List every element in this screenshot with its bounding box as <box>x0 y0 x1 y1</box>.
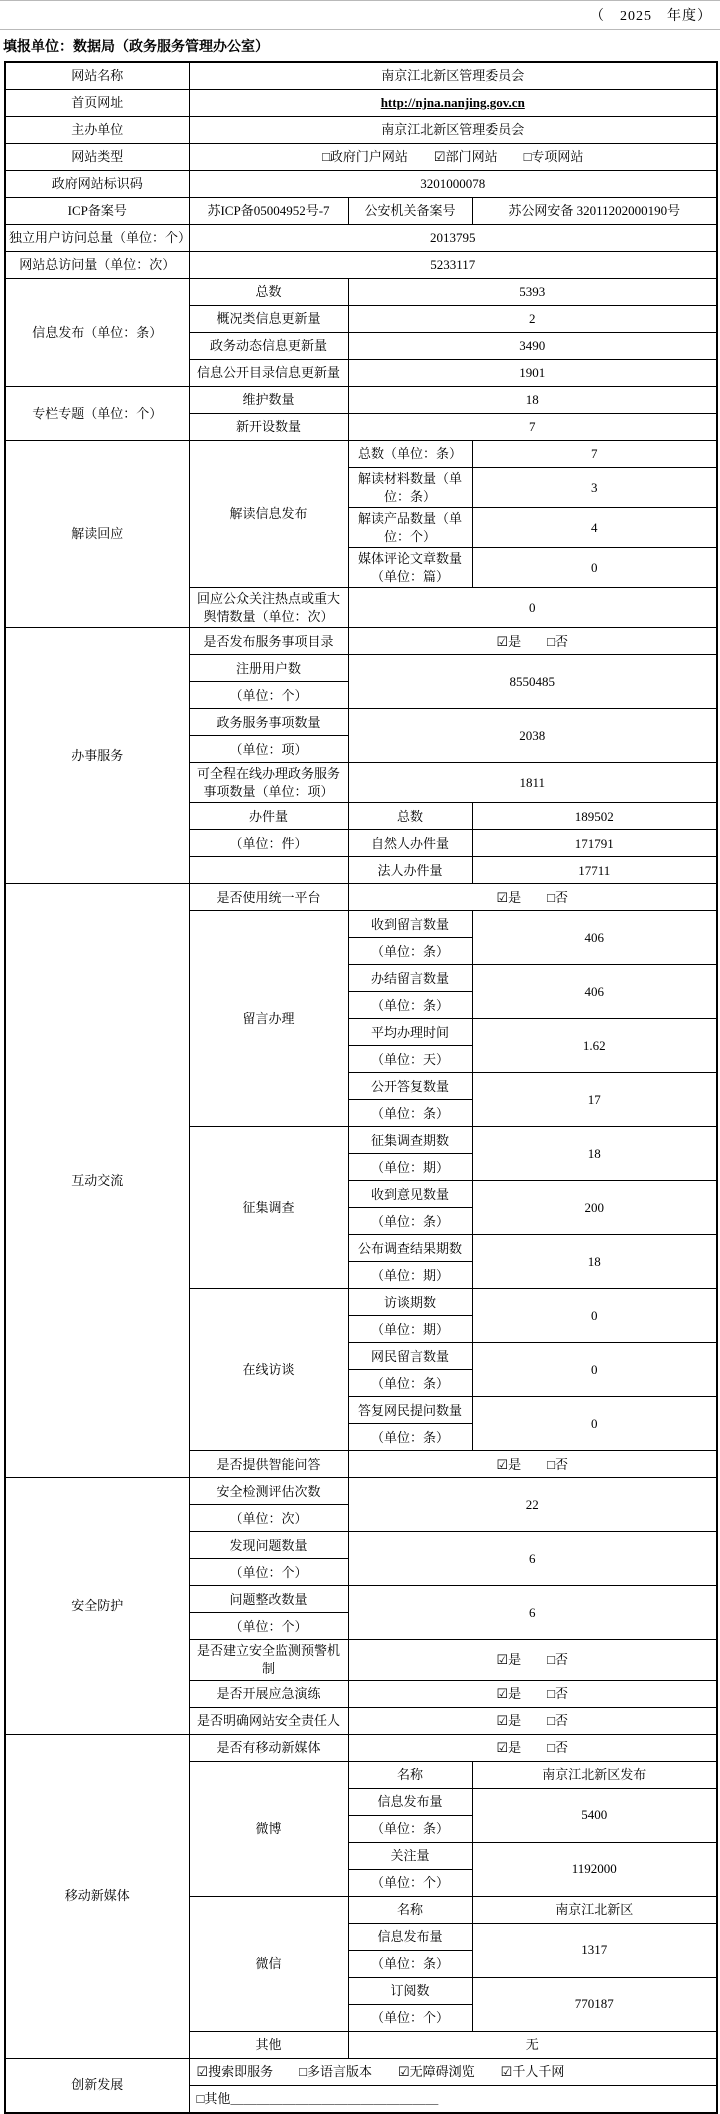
table-row: 移动新媒体是否有移动新媒体☑是 □否 <box>5 1734 717 1761</box>
field-value-cell: 0 <box>472 1343 717 1397</box>
field-label-cell: 网民留言数量 <box>348 1343 472 1370</box>
field-value-cell: 17711 <box>472 857 717 884</box>
field-label-cell: 办结留言数量 <box>348 965 472 992</box>
field-value-cell: 7 <box>472 441 717 468</box>
checkbox-options[interactable]: □其他＿＿＿＿＿＿＿＿＿＿＿＿＿＿＿＿ <box>189 2085 717 2113</box>
field-value-cell: 无 <box>348 2031 717 2058</box>
field-label-cell: 总数 <box>189 279 348 306</box>
table-row: 主办单位南京江北新区管理委员会 <box>5 117 717 144</box>
field-label-cell: 公安机关备案号 <box>348 198 472 225</box>
field-value-cell: 200 <box>472 1181 717 1235</box>
field-label-cell: （单位：个） <box>348 1869 472 1896</box>
field-value-cell: 南京江北新区管理委员会 <box>189 62 717 90</box>
table-row: 专栏专题（单位：个）维护数量18 <box>5 387 717 414</box>
field-label-cell: （单位：条） <box>348 992 472 1019</box>
table-row: 网站类型□政府门户网站 ☑部门网站 □专项网站 <box>5 144 717 171</box>
field-label-cell: 首页网址 <box>5 90 189 117</box>
annual-report-page: （ 2025 年度） 填报单位：数据局（政务服务管理办公室） 网站名称南京江北新… <box>0 0 720 2114</box>
field-label-cell: 自然人办件量 <box>348 830 472 857</box>
field-label-cell: 网站总访问量（单位：次） <box>5 252 189 279</box>
field-value-cell: 17 <box>472 1073 717 1127</box>
table-row: 互动交流是否使用统一平台☑是 □否 <box>5 884 717 911</box>
field-label-cell: （单位：个） <box>189 682 348 709</box>
table-row: 创新发展☑搜索即服务 □多语言版本 ☑无障碍浏览 ☑千人千网 <box>5 2058 717 2085</box>
field-label-cell: 主办单位 <box>5 117 189 144</box>
field-value-cell: 3201000078 <box>189 171 717 198</box>
checkbox-options[interactable]: ☑搜索即服务 □多语言版本 ☑无障碍浏览 ☑千人千网 <box>189 2058 717 2085</box>
field-label-cell: 是否有移动新媒体 <box>189 1734 348 1761</box>
table-row: ICP备案号苏ICP备05004952号-7公安机关备案号苏公网安备 32011… <box>5 198 717 225</box>
field-value-cell: 3490 <box>348 333 717 360</box>
field-label-cell: 收到意见数量 <box>348 1181 472 1208</box>
field-value-cell: 406 <box>472 911 717 965</box>
field-label-cell: 网站类型 <box>5 144 189 171</box>
field-value-cell: 2038 <box>348 709 717 763</box>
field-value-cell: 5400 <box>472 1788 717 1842</box>
section-header-cell: 征集调查 <box>189 1127 348 1289</box>
field-label-cell: 是否提供智能问答 <box>189 1451 348 1478</box>
field-label-cell: 信息公开目录信息更新量 <box>189 360 348 387</box>
checkbox-options[interactable]: ☑是 □否 <box>348 1680 717 1707</box>
field-label-cell: 媒体评论文章数量（单位：篇） <box>348 548 472 588</box>
field-label-cell: 政务动态信息更新量 <box>189 333 348 360</box>
field-value-cell: 770187 <box>472 1977 717 2031</box>
field-label-cell: （单位：条） <box>348 1950 472 1977</box>
field-label-cell: 政府网站标识码 <box>5 171 189 198</box>
field-label-cell: （单位：个） <box>189 1613 348 1640</box>
section-header-cell: 信息发布（单位：条） <box>5 279 189 387</box>
field-label-cell: 回应公众关注热点或重大舆情数量（单位：次） <box>189 588 348 628</box>
field-label-cell: 是否使用统一平台 <box>189 884 348 911</box>
checkbox-options[interactable]: ☑是 □否 <box>348 1640 717 1680</box>
field-label-cell: （单位：条） <box>348 1208 472 1235</box>
field-value-cell: 5393 <box>348 279 717 306</box>
field-value-cell: 406 <box>472 965 717 1019</box>
section-header-cell: 留言办理 <box>189 911 348 1127</box>
checkbox-options[interactable]: ☑是 □否 <box>348 628 717 655</box>
field-label-cell: 办件量 <box>189 803 348 830</box>
checkbox-options[interactable]: ☑是 □否 <box>348 1451 717 1478</box>
field-label-cell: 关注量 <box>348 1842 472 1869</box>
field-value-cell: 6 <box>348 1532 717 1586</box>
checkbox-options[interactable]: ☑是 □否 <box>348 884 717 911</box>
section-header-cell: 专栏专题（单位：个） <box>5 387 189 441</box>
field-value-cell: 1901 <box>348 360 717 387</box>
field-label-cell: 解读产品数量（单位：个） <box>348 508 472 548</box>
field-value-cell: 苏ICP备05004952号-7 <box>189 198 348 225</box>
field-value-cell: 2013795 <box>189 225 717 252</box>
section-header-cell: 微信 <box>189 1896 348 2031</box>
field-label-cell: 答复网民提问数量 <box>348 1397 472 1424</box>
field-label-cell: 是否开展应急演练 <box>189 1680 348 1707</box>
field-value-cell: 6 <box>348 1586 717 1640</box>
field-value-cell: 22 <box>348 1478 717 1532</box>
field-value-cell: 0 <box>472 1397 717 1451</box>
field-label-cell: 信息发布量 <box>348 1923 472 1950</box>
checkbox-options[interactable]: □政府门户网站 ☑部门网站 □专项网站 <box>189 144 717 171</box>
field-label-cell: 发现问题数量 <box>189 1532 348 1559</box>
field-label-cell: 平均办理时间 <box>348 1019 472 1046</box>
section-header-cell: 安全防护 <box>5 1478 189 1734</box>
field-label-cell: （单位：个） <box>348 2004 472 2031</box>
field-label-cell: 其他 <box>189 2031 348 2058</box>
field-value-cell: 南京江北新区发布 <box>472 1761 717 1788</box>
section-header-cell: 移动新媒体 <box>5 1734 189 2058</box>
section-header-cell: 创新发展 <box>5 2058 189 2113</box>
field-label-cell: 概况类信息更新量 <box>189 306 348 333</box>
section-header-cell: 在线访谈 <box>189 1289 348 1451</box>
field-value-cell: 18 <box>472 1127 717 1181</box>
table-row: 网站总访问量（单位：次）5233117 <box>5 252 717 279</box>
field-label-cell: 征集调查期数 <box>348 1127 472 1154</box>
field-label-cell: （单位：期） <box>348 1262 472 1289</box>
field-label-cell: 收到留言数量 <box>348 911 472 938</box>
field-value-cell: 8550485 <box>348 655 717 709</box>
field-label-cell: 是否建立安全监测预警机制 <box>189 1640 348 1680</box>
field-value-cell: 18 <box>472 1235 717 1289</box>
field-value-cell: 0 <box>472 548 717 588</box>
field-label-cell: 法人办件量 <box>348 857 472 884</box>
field-label-cell: 政务服务事项数量 <box>189 709 348 736</box>
field-label-cell: （单位：次） <box>189 1505 348 1532</box>
field-label-cell: 总数 <box>348 803 472 830</box>
section-header-cell: 解读信息发布 <box>189 441 348 588</box>
field-label-cell: （单位：条） <box>348 938 472 965</box>
field-value-cell: 南京江北新区管理委员会 <box>189 117 717 144</box>
field-label-cell: 解读材料数量（单位：条） <box>348 468 472 508</box>
field-value-cell: 189502 <box>472 803 717 830</box>
field-label-cell: 订阅数 <box>348 1977 472 2004</box>
field-value-cell: 0 <box>472 1289 717 1343</box>
field-label-cell: （单位：期） <box>348 1316 472 1343</box>
field-value-cell: 18 <box>348 387 717 414</box>
field-label-cell: 维护数量 <box>189 387 348 414</box>
field-value-cell: 南京江北新区 <box>472 1896 717 1923</box>
report-year-label: （ 2025 年度） <box>0 0 720 30</box>
reporting-unit-label: 填报单位：数据局（政务服务管理办公室） <box>0 30 720 61</box>
field-label-cell: 网站名称 <box>5 62 189 90</box>
field-label-cell: 问题整改数量 <box>189 1586 348 1613</box>
field-value-cell: 1317 <box>472 1923 717 1977</box>
field-label-cell: 公开答复数量 <box>348 1073 472 1100</box>
field-label-cell: 安全检测评估次数 <box>189 1478 348 1505</box>
field-label-cell: 信息发布量 <box>348 1788 472 1815</box>
field-label-cell: 名称 <box>348 1896 472 1923</box>
field-value-cell: 7 <box>348 414 717 441</box>
table-row: 网站名称南京江北新区管理委员会 <box>5 62 717 90</box>
field-label-cell: 可全程在线办理政务服务事项数量（单位：项） <box>189 763 348 803</box>
field-label-cell: （单位：件） <box>189 830 348 857</box>
field-label-cell: 新开设数量 <box>189 414 348 441</box>
field-label-cell: 公布调查结果期数 <box>348 1235 472 1262</box>
field-label-cell: （单位：天） <box>348 1046 472 1073</box>
homepage-url-link[interactable]: http://njna.nanjing.gov.cn <box>189 90 717 117</box>
field-label-cell: （单位：条） <box>348 1370 472 1397</box>
field-label-cell: 注册用户数 <box>189 655 348 682</box>
field-value-cell: 2 <box>348 306 717 333</box>
section-header-cell: 解读回应 <box>5 441 189 628</box>
section-header-cell: 互动交流 <box>5 884 189 1478</box>
field-value-cell: 4 <box>472 508 717 548</box>
annual-report-table: 网站名称南京江北新区管理委员会首页网址http://njna.nanjing.g… <box>4 61 718 2114</box>
checkbox-options[interactable]: ☑是 □否 <box>348 1707 717 1734</box>
field-label-cell: 独立用户访问总量（单位：个） <box>5 225 189 252</box>
field-value-cell: 1.62 <box>472 1019 717 1073</box>
table-row: 首页网址http://njna.nanjing.gov.cn <box>5 90 717 117</box>
table-row: 安全防护安全检测评估次数22 <box>5 1478 717 1505</box>
field-value-cell: 3 <box>472 468 717 508</box>
table-row: 办事服务是否发布服务事项目录☑是 □否 <box>5 628 717 655</box>
table-row: 独立用户访问总量（单位：个）2013795 <box>5 225 717 252</box>
field-label-cell: （单位：项） <box>189 736 348 763</box>
field-value-cell: 苏公网安备 32011202000190号 <box>472 198 717 225</box>
field-label-cell: 名称 <box>348 1761 472 1788</box>
field-label-cell <box>189 857 348 884</box>
field-label-cell: （单位：条） <box>348 1100 472 1127</box>
field-label-cell: （单位：期） <box>348 1154 472 1181</box>
field-label-cell: 访谈期数 <box>348 1289 472 1316</box>
table-row: 解读回应解读信息发布总数（单位：条）7 <box>5 441 717 468</box>
field-value-cell: 0 <box>348 588 717 628</box>
table-row: 信息发布（单位：条）总数5393 <box>5 279 717 306</box>
checkbox-options[interactable]: ☑是 □否 <box>348 1734 717 1761</box>
field-label-cell: （单位：条） <box>348 1424 472 1451</box>
field-label-cell: 总数（单位：条） <box>348 441 472 468</box>
field-value-cell: 171791 <box>472 830 717 857</box>
table-row: 政府网站标识码3201000078 <box>5 171 717 198</box>
section-header-cell: 办事服务 <box>5 628 189 884</box>
field-label-cell: 是否发布服务事项目录 <box>189 628 348 655</box>
section-header-cell: 微博 <box>189 1761 348 1896</box>
field-label-cell: （单位：条） <box>348 1815 472 1842</box>
field-label-cell: ICP备案号 <box>5 198 189 225</box>
field-value-cell: 5233117 <box>189 252 717 279</box>
field-value-cell: 1192000 <box>472 1842 717 1896</box>
field-label-cell: （单位：个） <box>189 1559 348 1586</box>
field-value-cell: 1811 <box>348 763 717 803</box>
field-label-cell: 是否明确网站安全责任人 <box>189 1707 348 1734</box>
